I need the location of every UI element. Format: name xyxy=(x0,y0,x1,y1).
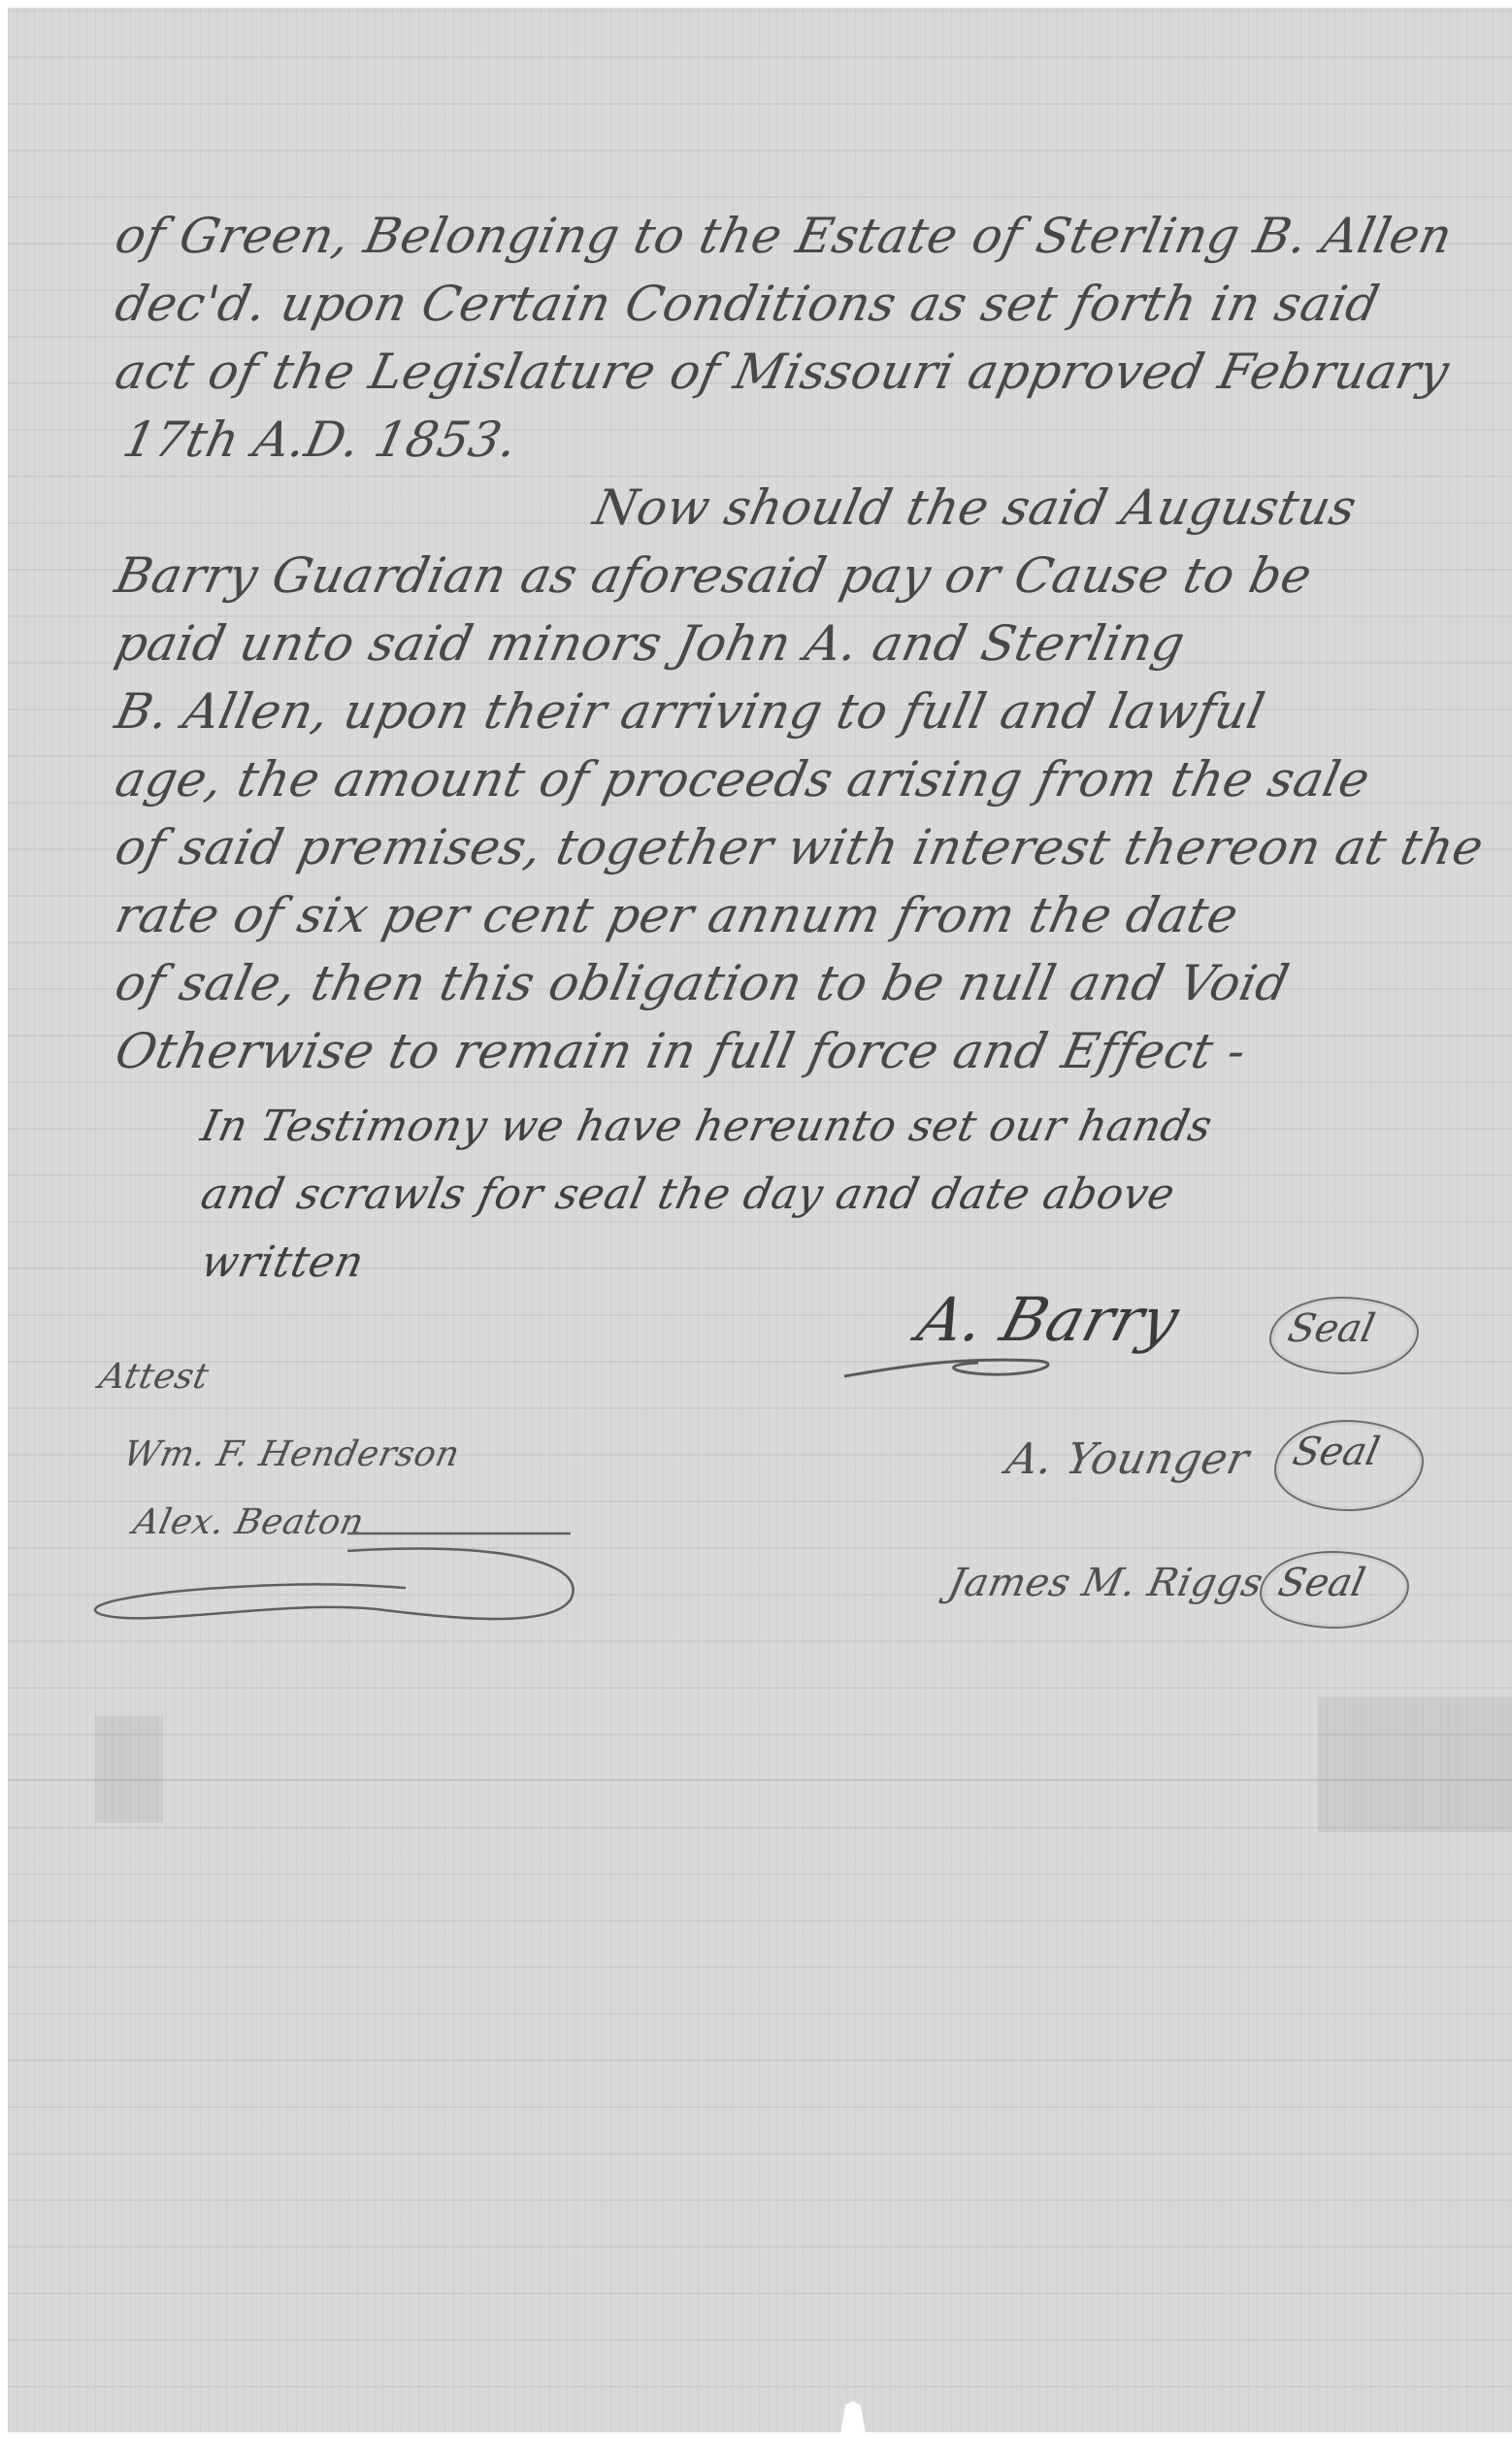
seal-scrawl-2: Seal xyxy=(1274,1420,1424,1511)
paper-stain xyxy=(1318,1697,1512,1832)
body-line-3: act of the Legislature of Missouri appro… xyxy=(111,343,1455,401)
paper-tear xyxy=(840,2401,866,2432)
seal-label: Seal xyxy=(1274,1561,1368,1605)
body-line-9: age, the amount of proceeds arising from… xyxy=(111,750,1375,808)
signature-flourish-icon xyxy=(842,1347,1056,1386)
testimonium-line-2: and scrawls for seal the day and date ab… xyxy=(196,1168,1180,1222)
body-line-7: paid unto said minors John A. and Sterli… xyxy=(111,614,1191,673)
body-line-13: Otherwise to remain in full force and Ef… xyxy=(111,1022,1252,1080)
body-line-6: Barry Guardian as aforesaid pay or Cause… xyxy=(111,546,1318,605)
seal-label: Seal xyxy=(1289,1430,1383,1474)
paper-fold-line xyxy=(8,1779,1512,1782)
signature-a-barry: A. Barry xyxy=(910,1284,1187,1355)
attest-label: Attest xyxy=(96,1357,213,1397)
paper-stain xyxy=(95,1716,163,1823)
witness-flourish-icon xyxy=(85,1522,590,1638)
document-page: of Green, Belonging to the Estate of Ste… xyxy=(8,8,1512,2432)
witness-wm-f-henderson: Wm. F. Henderson xyxy=(120,1434,464,1474)
body-line-5: Now should the said Augustus xyxy=(589,478,1363,537)
body-line-12: of sale, then this obligation to be null… xyxy=(111,954,1295,1012)
body-line-8: B. Allen, upon their arriving to full an… xyxy=(111,682,1270,741)
signature-james-m-riggs: James M. Riggs xyxy=(944,1561,1267,1605)
signature-a-younger: A. Younger xyxy=(1003,1434,1254,1484)
seal-label: Seal xyxy=(1284,1306,1378,1351)
body-line-1: of Green, Belonging to the Estate of Ste… xyxy=(111,207,1458,265)
body-line-4-date: 17th A.D. 1853. xyxy=(118,411,523,469)
seal-scrawl-3: Seal xyxy=(1260,1551,1409,1629)
body-line-10: of said premises, together with interest… xyxy=(111,818,1489,876)
body-line-2: dec'd. upon Certain Conditions as set fo… xyxy=(111,275,1385,333)
body-line-11: rate of six per cent per annum from the … xyxy=(111,886,1244,944)
seal-scrawl-1: Seal xyxy=(1269,1297,1419,1374)
testimonium-line-3: written xyxy=(196,1236,369,1290)
testimonium-line-1: In Testimony we have hereunto set our ha… xyxy=(196,1100,1217,1154)
